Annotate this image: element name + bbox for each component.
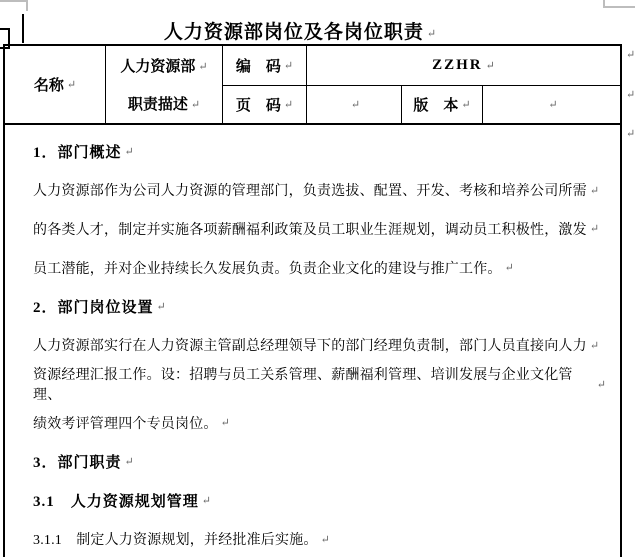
version-label: 版 本: [413, 94, 458, 115]
department-name: 人力资源部: [120, 59, 195, 75]
paragraph-text: 员工潜能，并对企业持续长久发展负责。负责企业文化的建设与推广工作。: [33, 258, 502, 278]
body-line[interactable]: 的各类人才，制定并实施各项薪酬福利政策及员工职业生涯规划，调动员工积极性，激发↵: [33, 210, 606, 249]
line-break-mark: ↵: [427, 28, 436, 40]
paragraph-text: 绩效考评管理四个专员岗位。: [33, 413, 218, 433]
cell-code-label[interactable]: 编 码↵: [223, 46, 307, 86]
line-break-mark: ↵: [191, 99, 200, 111]
cell-name-label[interactable]: 名称↵: [5, 46, 106, 125]
cell-page-label[interactable]: 页 码↵: [223, 86, 307, 125]
paragraph-text: 资源经理汇报工作。设：招聘与员工关系管理、薪酬福利管理、培训发展与企业文化管理、: [33, 364, 594, 404]
line-break-mark: ↵: [157, 300, 166, 313]
body-line-heading-3[interactable]: 3．部门职责↵: [33, 442, 606, 481]
document-title[interactable]: 人力资源部岗位及各岗位职责↵: [0, 17, 600, 44]
body-line-heading-3-1[interactable]: 3.1 人力资源规划管理↵: [33, 481, 606, 520]
line-break-mark: ↵: [461, 98, 470, 111]
paragraph-text: 3.1.1 制定人力资源规划，并经批准后实施。: [33, 529, 318, 549]
line-break-mark: ↵: [67, 78, 76, 91]
code-value: ZZHR: [432, 57, 483, 74]
body-cell[interactable]: 1．部门概述↵ 人力资源部作为公司人力资源的管理部门，负责选拔、配置、开发、考核…: [5, 125, 620, 557]
body-line-heading-2[interactable]: 2．部门岗位设置↵: [33, 287, 606, 326]
document-page: 人力资源部岗位及各岗位职责↵ 名称↵ 人力资源部↵ 职责描述↵ 编 码↵ ZZH…: [0, 0, 640, 557]
cell-version-value[interactable]: ↵: [483, 86, 620, 125]
cell-page-value[interactable]: ↵: [307, 86, 402, 125]
line-break-mark: ↵: [284, 59, 293, 72]
paragraph-text: 人力资源部实行在人力资源主管副总经理领导下的部门经理负责制，部门人员直接向人力: [33, 335, 587, 355]
cell-department[interactable]: 人力资源部↵ 职责描述↵: [106, 46, 223, 125]
line-break-mark: ↵: [202, 494, 211, 507]
line-break-mark: ↵: [486, 59, 495, 72]
body-line[interactable]: 资源经理汇报工作。设：招聘与员工关系管理、薪酬福利管理、培训发展与企业文化管理、…: [33, 365, 606, 404]
heading-3-1-text: 3.1 人力资源规划管理: [33, 490, 199, 511]
line-break-mark: ↵: [284, 98, 293, 111]
cell-version-label[interactable]: 版 本↵: [402, 86, 483, 125]
line-break-mark: ↵: [125, 455, 134, 468]
paragraph-text: 的各类人才，制定并实施各项薪酬福利政策及员工职业生涯规划，调动员工积极性，激发: [33, 219, 587, 239]
heading-1-text: 1．部门概述: [33, 141, 122, 162]
department-desc: 职责描述: [128, 97, 188, 113]
line-break-mark: ↵: [590, 339, 599, 352]
line-break-mark: ↵: [351, 98, 360, 111]
department-desc-line: 职责描述↵: [128, 93, 200, 114]
line-break-mark: ↵: [505, 261, 514, 274]
heading-2-text: 2．部门岗位设置: [33, 296, 154, 317]
body-line-heading-1[interactable]: 1．部门概述↵: [33, 132, 606, 171]
line-break-mark: ↵: [321, 533, 330, 546]
line-break-mark: ↵: [198, 61, 207, 73]
line-break-mark: ↵: [590, 222, 599, 235]
line-break-mark: ↵: [597, 378, 606, 391]
line-break-mark: ↵: [221, 416, 230, 429]
row-end-mark: ↵: [626, 127, 635, 140]
row-end-mark: ↵: [626, 48, 635, 61]
body-line[interactable]: 员工潜能，并对企业持续长久发展负责。负责企业文化的建设与推广工作。↵: [33, 248, 606, 287]
text-boundary-corner-top-left: [0, 0, 28, 11]
text-boundary-corner-top-right: [603, 0, 635, 8]
document-title-text: 人力资源部岗位及各岗位职责: [164, 22, 424, 43]
department-name-line: 人力资源部↵: [120, 55, 207, 76]
body-line[interactable]: 3.1.1 制定人力资源规划，并经批准后实施。↵: [33, 520, 606, 557]
page-label: 页 码: [236, 94, 281, 115]
name-label: 名称: [34, 74, 64, 95]
cell-code-value[interactable]: ZZHR↵: [307, 46, 620, 86]
body-line[interactable]: 人力资源部作为公司人力资源的管理部门，负责选拔、配置、开发、考核和培养公司所需↵: [33, 171, 606, 210]
line-break-mark: ↵: [590, 184, 599, 197]
line-break-mark: ↵: [548, 98, 557, 111]
code-label: 编 码: [236, 55, 281, 76]
heading-3-text: 3．部门职责: [33, 451, 122, 472]
row-end-mark: ↵: [626, 88, 635, 101]
paragraph-text: 人力资源部作为公司人力资源的管理部门，负责选拔、配置、开发、考核和培养公司所需: [33, 180, 587, 200]
line-break-mark: ↵: [125, 145, 134, 158]
header-table: 名称↵ 人力资源部↵ 职责描述↵ 编 码↵ ZZHR↵ 页 码↵ ↵ 版 本↵ …: [3, 44, 622, 557]
body-line[interactable]: 人力资源部实行在人力资源主管副总经理领导下的部门经理负责制，部门人员直接向人力↵: [33, 326, 606, 365]
body-line[interactable]: 绩效考评管理四个专员岗位。↵: [33, 404, 606, 443]
